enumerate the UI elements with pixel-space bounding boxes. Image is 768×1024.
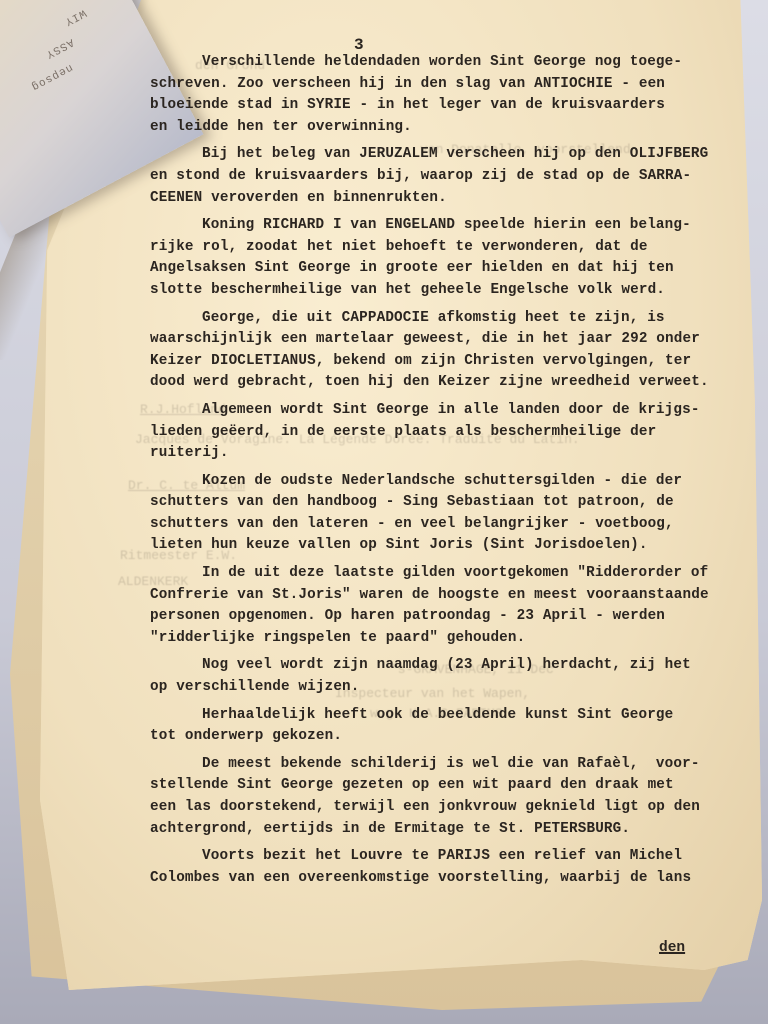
- text-line: Herhaaldelijk heeft ook de beeldende kun…: [150, 705, 750, 727]
- text-line: lieden geëerd, in de eerste plaats als b…: [150, 422, 750, 444]
- text-line: tot onderwerp gekozen.: [150, 726, 750, 748]
- paragraph: Koning RICHARD I van ENGELAND speelde hi…: [150, 215, 750, 301]
- paragraph: Herhaaldelijk heeft ook de beeldende kun…: [150, 705, 750, 748]
- paragraph: Algemeen wordt Sint George in alle lande…: [150, 400, 750, 465]
- catchword: den: [659, 940, 685, 956]
- text-line: schutters van den lateren - en veel bela…: [150, 514, 750, 536]
- text-line: en leidde hen ter overwinning.: [150, 117, 750, 139]
- text-line: In de uit deze laatste gilden voortgekom…: [150, 563, 750, 585]
- text-line: "ridderlijke ringspelen te paard" gehoud…: [150, 628, 750, 650]
- text-line: een las doorstekend, terwijl een jonkvro…: [150, 797, 750, 819]
- text-line: Keizer DIOCLETIANUS, bekend om zijn Chri…: [150, 351, 750, 373]
- text-line: en stond de kruisvaarders bij, waarop zi…: [150, 166, 750, 188]
- text-line: waarschijnlijk een martelaar geweest, di…: [150, 329, 750, 351]
- text-line: personen opgenomen. Op haren patroondag …: [150, 606, 750, 628]
- text-line: Colombes van een overeenkomstige voorste…: [150, 868, 750, 890]
- text-line: George, die uit CAPPADOCIE afkomstig hee…: [150, 308, 750, 330]
- paragraph: Verschillende heldendaden worden Sint Ge…: [150, 52, 750, 138]
- text-line: Kozen de oudste Nederlandsche schuttersg…: [150, 471, 750, 493]
- text-line: achtergrond, eertijds in de Ermitage te …: [150, 819, 750, 841]
- paragraph: De meest bekende schilderij is wel die v…: [150, 754, 750, 840]
- text-line: Verschillende heldendaden worden Sint Ge…: [150, 52, 750, 74]
- text-line: Koning RICHARD I van ENGELAND speelde hi…: [150, 215, 750, 237]
- text-line: rijke rol, zoodat het niet behoeft te ve…: [150, 237, 750, 259]
- text-line: schutters van den handboog - Sing Sebast…: [150, 492, 750, 514]
- paragraph: Nog veel wordt zijn naamdag (23 April) h…: [150, 655, 750, 698]
- paragraph: Kozen de oudste Nederlandsche schuttersg…: [150, 471, 750, 557]
- paragraph: In de uit deze laatste gilden voortgekom…: [150, 563, 750, 649]
- paper-fragment-text: ASSY: [43, 35, 75, 60]
- text-line: dood werd gebracht, toen hij den Keizer …: [150, 372, 750, 394]
- paper-fragment-text: WIY: [62, 6, 88, 27]
- text-line: Confrerie van St.Joris" waren de hoogste…: [150, 585, 750, 607]
- text-line: Bij het beleg van JERUZALEM verscheen hi…: [150, 144, 750, 166]
- paragraph: Bij het beleg van JERUZALEM verscheen hi…: [150, 144, 750, 209]
- text-line: CEENEN veroverden en binnenrukten.: [150, 188, 750, 210]
- text-line: Nog veel wordt zijn naamdag (23 April) h…: [150, 655, 750, 677]
- paragraph: Voorts bezit het Louvre te PARIJS een re…: [150, 846, 750, 889]
- text-line: lieten hun keuze vallen op Sint Joris (S…: [150, 535, 750, 557]
- text-line: stellende Sint George gezeten op een wit…: [150, 775, 750, 797]
- text-line: slotte beschermheilige van het geheele E…: [150, 280, 750, 302]
- text-line: Algemeen wordt Sint George in alle lande…: [150, 400, 750, 422]
- text-line: ruiterij.: [150, 443, 750, 465]
- paper-fragment-text: nepsog: [29, 61, 75, 93]
- text-line: schreven. Zoo verscheen hij in den slag …: [150, 74, 750, 96]
- text-line: bloeiende stad in SYRIE - in het leger v…: [150, 95, 750, 117]
- document-body: Verschillende heldendaden worden Sint Ge…: [150, 52, 750, 895]
- paragraph: George, die uit CAPPADOCIE afkomstig hee…: [150, 308, 750, 394]
- text-line: op verschillende wijzen.: [150, 677, 750, 699]
- text-line: Voorts bezit het Louvre te PARIJS een re…: [150, 846, 750, 868]
- text-line: De meest bekende schilderij is wel die v…: [150, 754, 750, 776]
- text-line: Angelsaksen Sint George in groote eer hi…: [150, 258, 750, 280]
